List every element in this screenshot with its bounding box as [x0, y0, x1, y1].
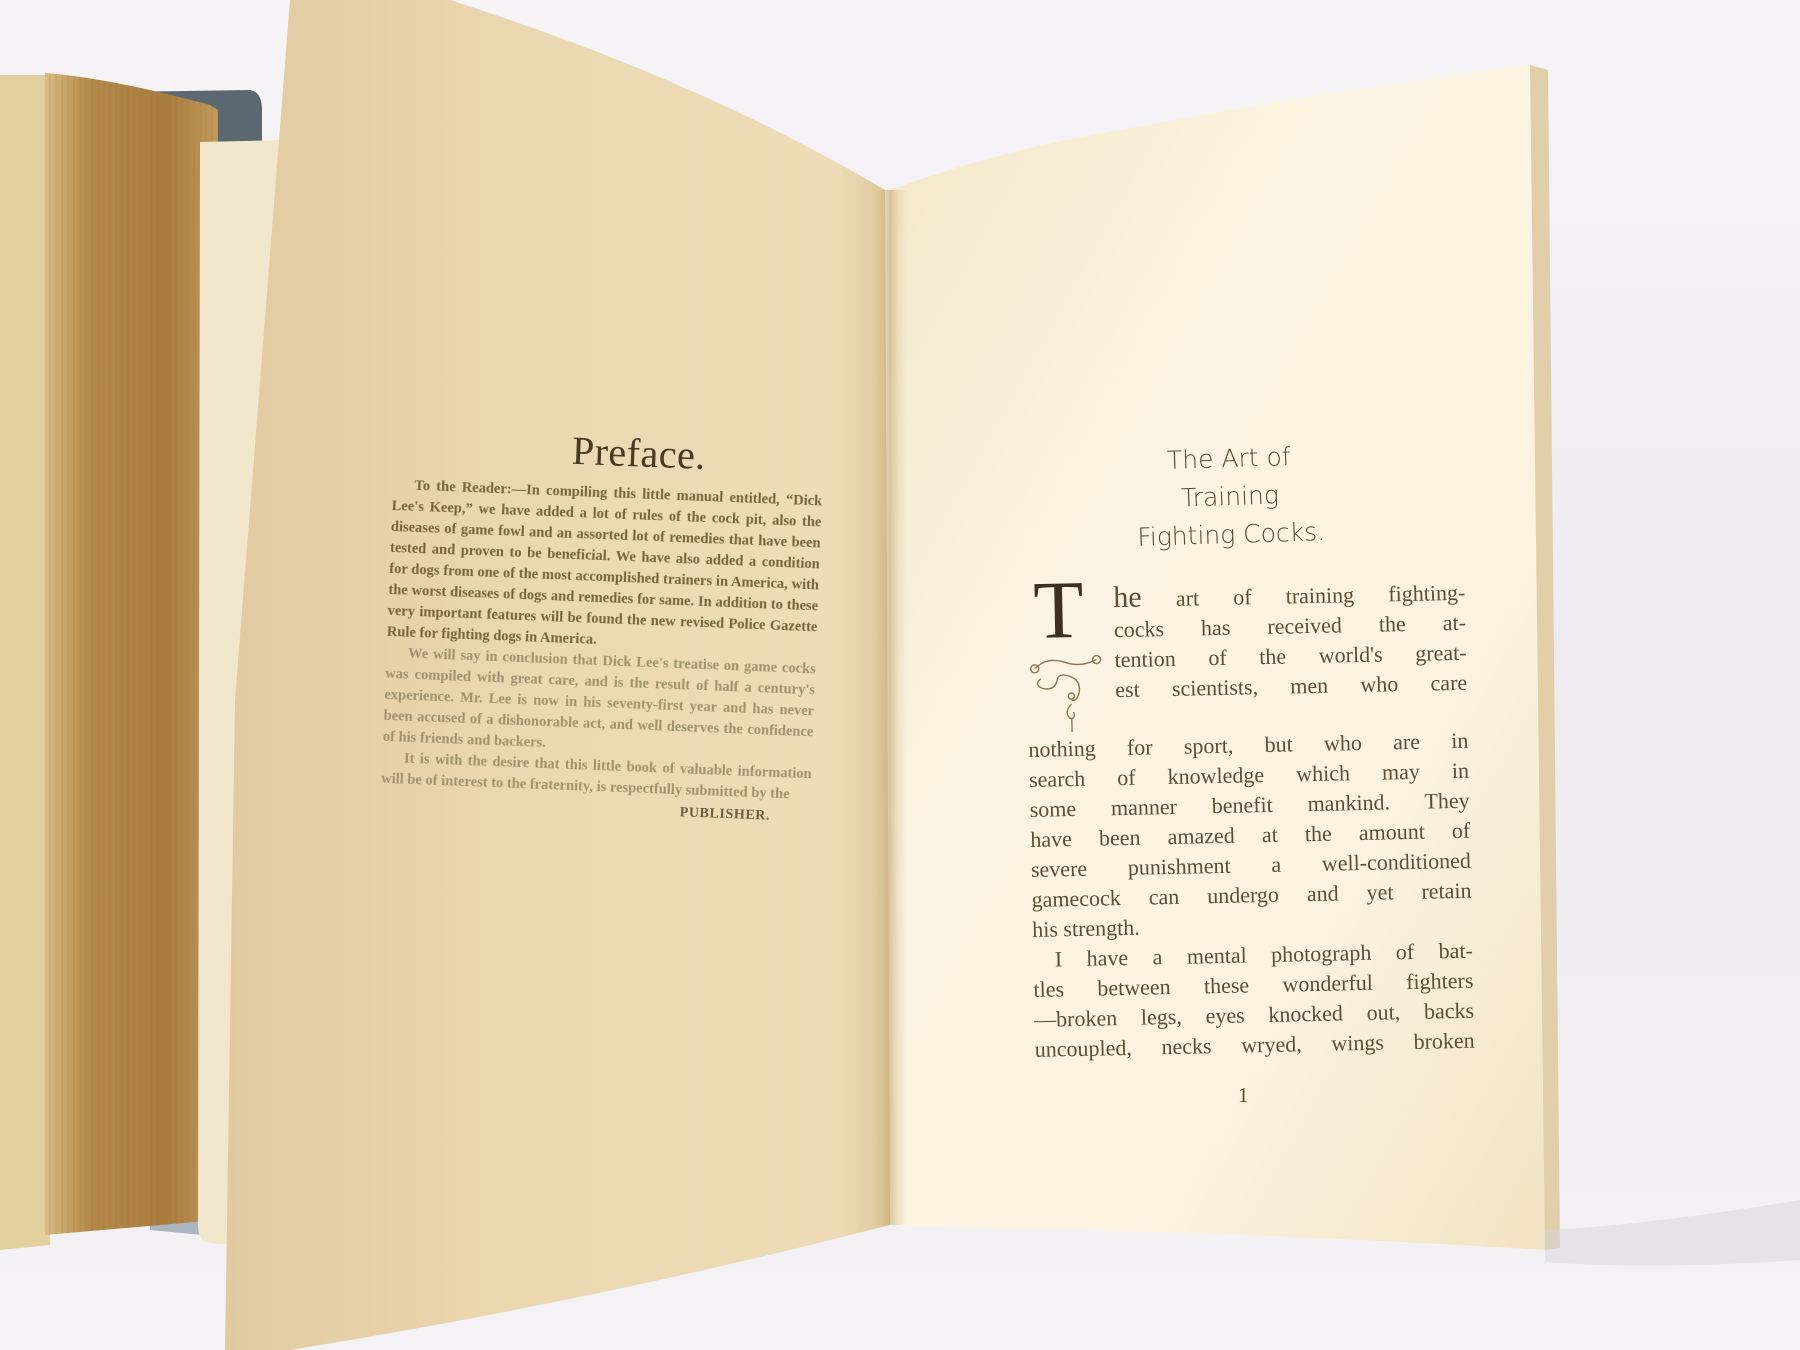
page-number: 1 [1238, 1083, 1249, 1108]
chapter-title: The Art of Training Fighting Cocks. [1098, 436, 1361, 558]
drop-cap: T [1033, 574, 1085, 647]
preface-section: Preface. To the Reader:—In compiling thi… [380, 420, 825, 826]
preface-paragraph: We will say in conclusion that Dick Lee'… [382, 643, 816, 764]
chapter-body: T he art of training fighting- cocks has… [1025, 576, 1475, 1065]
left-page-block-outer [0, 75, 50, 1250]
book-shapes [0, 0, 1800, 1350]
text-line: est scientists, men who care [1115, 668, 1468, 705]
preface-paragraph: To the Reader:—In compiling this little … [386, 475, 822, 659]
photo-scene [0, 0, 1800, 1350]
flourish-ornament-icon [1026, 653, 1108, 735]
